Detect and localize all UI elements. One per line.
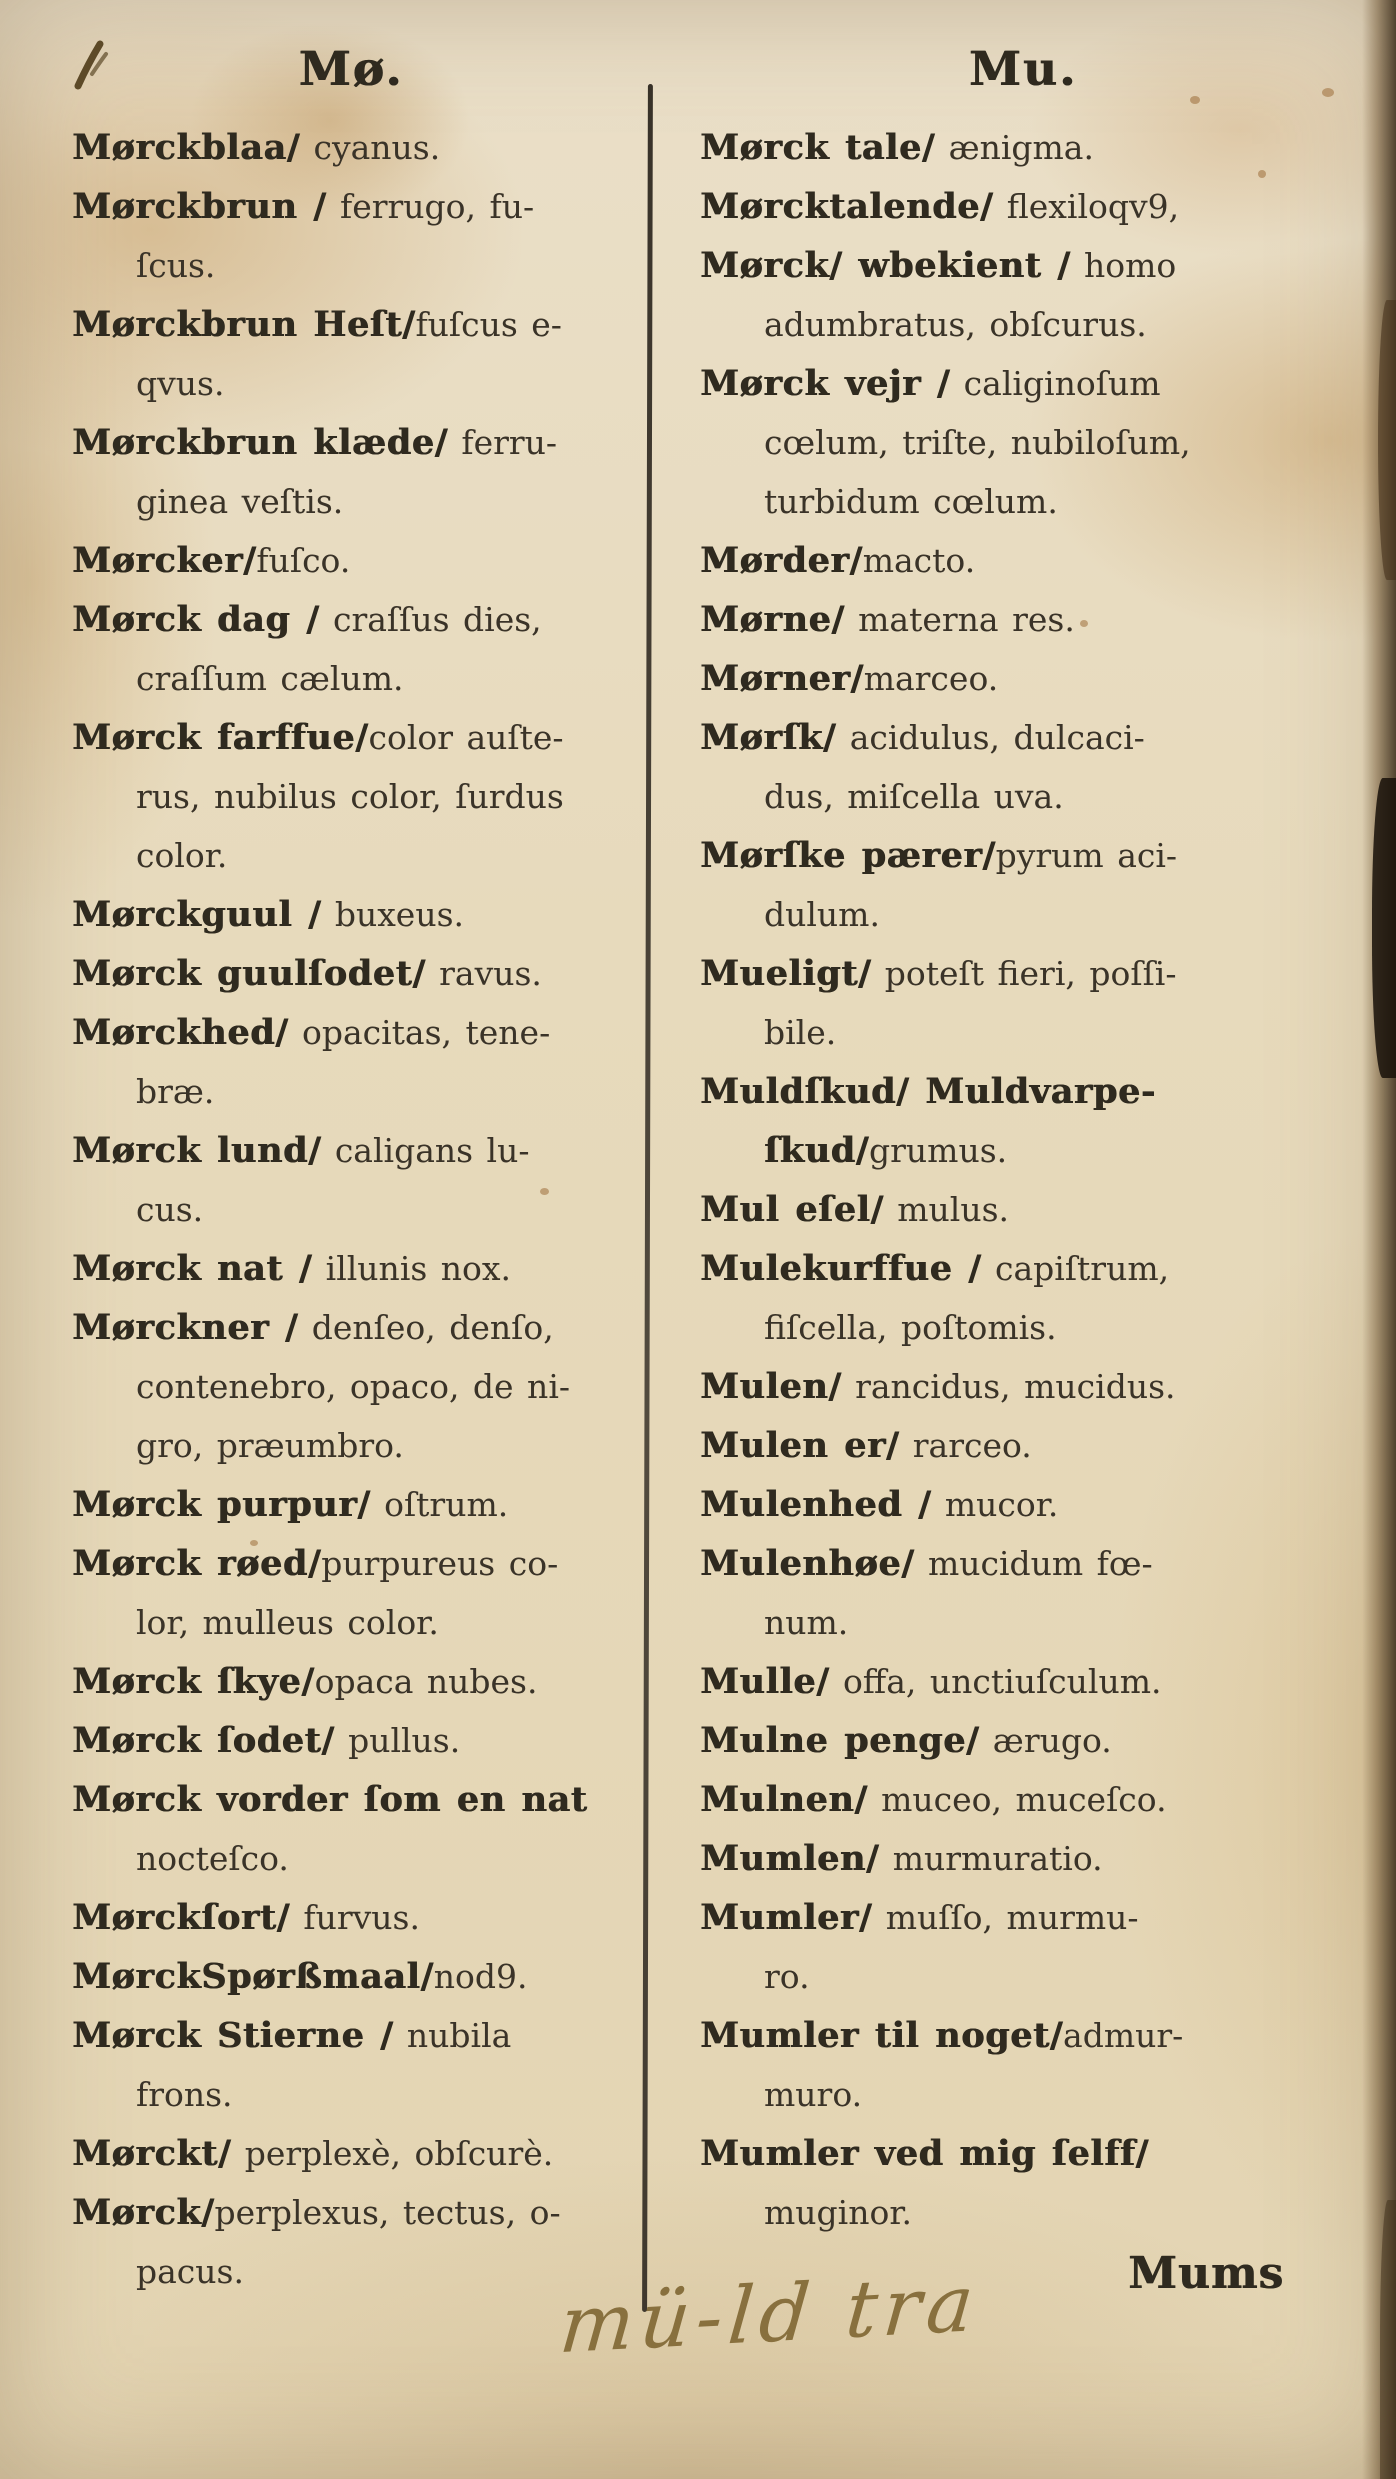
latin-gloss: mucor. <box>931 1485 1058 1524</box>
headword: Mulle <box>700 1661 816 1702</box>
dictionary-entry: Mørckbrun klæde/ ferru- ginea veſtis. <box>72 413 630 531</box>
latin-gloss: oſtrum. <box>371 1485 509 1524</box>
virgule-separator: / <box>980 186 993 227</box>
virgule-separator: / <box>1057 245 1070 286</box>
virgule-separator: / <box>308 894 321 935</box>
virgule-separator: / <box>287 127 300 168</box>
dictionary-entry: Mørck farffue/color auſte- rus, nubilus … <box>72 708 630 885</box>
headword: Mulnen <box>700 1779 854 1820</box>
latin-gloss: ænigma. <box>935 128 1094 167</box>
virgule-separator: / <box>275 1012 288 1053</box>
headword: Mørckbrun <box>72 186 313 227</box>
headword: Mueligt <box>700 953 858 994</box>
latin-gloss: illunis nox. <box>312 1249 511 1288</box>
latin-gloss: muginor. <box>764 2193 912 2232</box>
headword: Mørck purpur <box>72 1484 357 1525</box>
page-edge-dark-mark <box>1378 300 1396 580</box>
dictionary-entry: Mørſk/ acidulus, dulcaci- dus, miſcella … <box>700 708 1346 826</box>
dictionary-entry: Mørckblaa/ cyanus. <box>72 118 630 177</box>
virgule-separator: / <box>982 835 995 876</box>
virgule-separator: / <box>277 1897 290 1938</box>
dictionary-entry: Mumler ved mig ſelff/ muginor. <box>700 2124 1346 2242</box>
dictionary-entry: Mulnen/ muceo, muceſco. <box>700 1770 1346 1829</box>
dictionary-entry: Mørck dag / craſſus dies, craſſum cælum. <box>72 590 630 708</box>
dictionary-entry: Mørck/perplexus, tectus, o- pacus. <box>72 2183 630 2301</box>
dictionary-entry: Mul eſel/ mulus. <box>700 1180 1346 1239</box>
dictionary-entry: MørckSpørßmaal/nod9. <box>72 1947 630 2006</box>
virgule-separator: / <box>299 1248 312 1289</box>
virgule-separator: / <box>850 658 863 699</box>
headword: Mulen er <box>700 1425 886 1466</box>
dictionary-entry: Mørckſort/ furvus. <box>72 1888 630 1947</box>
latin-gloss: ravus. <box>426 954 542 993</box>
headword: Mørck vejr <box>700 363 937 404</box>
headword: Mørck ſodet <box>72 1720 321 1761</box>
page-edge-dark-mark <box>1372 778 1396 1078</box>
headword: Mumler til noget <box>700 2015 1050 2056</box>
dictionary-entry: Mulenhed / mucor. <box>700 1475 1346 1534</box>
latin-gloss: grumus. <box>869 1131 1007 1170</box>
headword: Mørſke pærer <box>700 835 982 876</box>
virgule-separator: / <box>301 1661 314 1702</box>
latin-gloss: perplexè, obſcurè. <box>231 2134 553 2173</box>
dictionary-entry: Mørck nat / illunis nox. <box>72 1239 630 1298</box>
headword: Mørckſort <box>72 1897 277 1938</box>
headword: Mørckblaa <box>72 127 287 168</box>
virgule-separator: / <box>922 127 935 168</box>
virgule-separator: / <box>858 953 871 994</box>
virgule-separator: / <box>886 1425 899 1466</box>
dictionary-entry: Mulenhøe/ mucidum fœ- num. <box>700 1534 1346 1652</box>
dictionary-entry: Mørckbrun Heſt/fuſcus e- qvus. <box>72 295 630 413</box>
headword: Mørck dag <box>72 599 306 640</box>
headword: Mørck ſkye <box>72 1661 301 1702</box>
latin-gloss: offa, unctiuſculum. <box>829 1662 1161 1701</box>
dictionary-entry: Mørder/macto. <box>700 531 1346 590</box>
headword: Mumler ved mig ſelff <box>700 2133 1135 2174</box>
dictionary-entry: Mørck ſkye/opaca nubes. <box>72 1652 630 1711</box>
right-column: Mu. Mørck tale/ ænigma.Mørcktalende/ fle… <box>700 42 1346 2242</box>
left-column: Mø. Mørckblaa/ cyanus.Mørckbrun / ferrug… <box>72 42 630 2301</box>
headword: Mørckguul <box>72 894 308 935</box>
latin-gloss: buxeus. <box>321 895 464 934</box>
virgule-separator: / <box>201 2192 214 2233</box>
virgule-separator: / <box>308 1543 321 1584</box>
virgule-separator: / <box>306 599 319 640</box>
right-column-header: Mu. <box>700 42 1346 116</box>
virgule-separator: / <box>1135 2133 1148 2174</box>
dictionary-entry: Mørck Stierne / nubila frons. <box>72 2006 630 2124</box>
virgule-separator: / <box>357 1484 370 1525</box>
virgule-separator: / <box>859 1897 872 1938</box>
latin-gloss: pullus. <box>335 1721 461 1760</box>
headword: Mørck Stierne <box>72 2015 380 2056</box>
headword: Mørner <box>700 658 850 699</box>
virgule-separator: / <box>918 1484 931 1525</box>
virgule-separator: / <box>968 1248 981 1289</box>
dictionary-entry: Muldſkud/ Muldvarpe- ſkud/grumus. <box>700 1062 1346 1180</box>
headword: Mørcktalende <box>700 186 980 227</box>
virgule-separator: / <box>435 422 448 463</box>
headword: Mulenhøe <box>700 1543 901 1584</box>
virgule-separator: / <box>823 717 836 758</box>
dictionary-entry: Mørck vejr / caliginoſum cœlum, triſte, … <box>700 354 1346 531</box>
dictionary-entry: Mulen er/ rarceo. <box>700 1416 1346 1475</box>
headword: Mørckbrun Heſt <box>72 304 402 345</box>
headword: Mumler <box>700 1897 859 1938</box>
virgule-separator: / <box>831 599 844 640</box>
dictionary-entry: Mulle/ offa, unctiuſculum. <box>700 1652 1346 1711</box>
headword: Mørckbrun klæde <box>72 422 435 463</box>
latin-gloss: marceo. <box>864 659 999 698</box>
dictionary-entry: Mumlen/ murmuratio. <box>700 1829 1346 1888</box>
dictionary-entry: Mulne penge/ ærugo. <box>700 1711 1346 1770</box>
latin-gloss: nocteſco. <box>136 1839 289 1878</box>
virgule-separator: / <box>308 1130 321 1171</box>
dictionary-entry: Mumler/ muſſo, murmu- ro. <box>700 1888 1346 2006</box>
headword: Mørck farffue <box>72 717 355 758</box>
virgule-separator: / <box>901 1543 914 1584</box>
virgule-separator: / <box>937 363 950 404</box>
headword: Mørck guulſodet <box>72 953 412 994</box>
latin-gloss: ærugo. <box>979 1721 1111 1760</box>
headword: Mul eſel <box>700 1189 870 1230</box>
headword: MørckSpørßmaal <box>72 1956 420 1997</box>
headword: Mørckner <box>72 1307 285 1348</box>
headword: Mørder <box>700 540 849 581</box>
dictionary-entry: Mørcktalende/ flexiloqv9, <box>700 177 1346 236</box>
headword: Mørcker <box>72 540 243 581</box>
headword: Mørck/ wbekient <box>700 245 1057 286</box>
virgule-separator: / <box>321 1720 334 1761</box>
dictionary-entry: Mørck tale/ ænigma. <box>700 118 1346 177</box>
virgule-separator: / <box>313 186 326 227</box>
dictionary-entry: Mørck/ wbekient / homo adumbratus, obſcu… <box>700 236 1346 354</box>
headword: Mulenhed <box>700 1484 918 1525</box>
virgule-separator: / <box>828 1366 841 1407</box>
dictionary-entry: Mørck ſodet/ pullus. <box>72 1711 630 1770</box>
virgule-separator: / <box>856 1130 869 1171</box>
dictionary-entry: Mueligt/ poteſt fieri, poſſi- bile. <box>700 944 1346 1062</box>
virgule-separator: / <box>380 2015 393 2056</box>
dictionary-entry: Mulekurffue / capiſtrum, fiſcella, poſto… <box>700 1239 1346 1357</box>
headword: Mulekurffue <box>700 1248 968 1289</box>
dictionary-entry: Mørck vorder ſom en nat nocteſco. <box>72 1770 630 1888</box>
virgule-separator: / <box>402 304 415 345</box>
dictionary-entry: Mørckner / denſeo, denſo, contenebro, op… <box>72 1298 630 1475</box>
virgule-separator: / <box>355 717 368 758</box>
headword: Mørne <box>700 599 831 640</box>
virgule-separator: / <box>420 1956 433 1997</box>
dictionary-entry: Mørner/marceo. <box>700 649 1346 708</box>
virgule-separator: / <box>849 540 862 581</box>
dictionary-entry: Mørck lund/ caligans lu- cus. <box>72 1121 630 1239</box>
headword: Mørck vorder ſom en nat <box>72 1779 587 1820</box>
virgule-separator: / <box>1050 2015 1063 2056</box>
dictionary-entry: Mørck guulſodet/ ravus. <box>72 944 630 1003</box>
latin-gloss: opaca nubes. <box>315 1662 538 1701</box>
column-divider-rule <box>642 84 653 2312</box>
headword: Mørckt <box>72 2133 218 2174</box>
headword: Mumlen <box>700 1838 866 1879</box>
latin-gloss: rarceo. <box>899 1426 1032 1465</box>
latin-gloss: cyanus. <box>300 128 440 167</box>
virgule-separator: / <box>285 1307 298 1348</box>
latin-gloss: rancidus, mucidus. <box>842 1367 1176 1406</box>
latin-gloss: furvus. <box>290 1898 420 1937</box>
headword: Mørck lund <box>72 1130 308 1171</box>
book-page: Mø. Mørckblaa/ cyanus.Mørckbrun / ferrug… <box>0 0 1396 2479</box>
headword: Mørſk <box>700 717 823 758</box>
headword: Mørckhed <box>72 1012 275 1053</box>
latin-gloss: muceo, muceſco. <box>868 1780 1167 1819</box>
latin-gloss: flexiloqv9, <box>993 187 1179 226</box>
virgule-separator: / <box>218 2133 231 2174</box>
latin-gloss: mulus. <box>884 1190 1009 1229</box>
headword: Mørck <box>72 2192 201 2233</box>
dictionary-entry: Mørcker/fuſco. <box>72 531 630 590</box>
latin-gloss: materna res. <box>845 600 1075 639</box>
latin-gloss: fuſco. <box>256 541 350 580</box>
headword: Mørck nat <box>72 1248 299 1289</box>
virgule-separator: / <box>870 1189 883 1230</box>
dictionary-entry: Mørckt/ perplexè, obſcurè. <box>72 2124 630 2183</box>
dictionary-entry: Mørckbrun / ferrugo, fu- ſcus. <box>72 177 630 295</box>
left-column-entries: Mørckblaa/ cyanus.Mørckbrun / ferrugo, f… <box>72 118 630 2301</box>
virgule-separator: / <box>866 1838 879 1879</box>
latin-gloss: macto. <box>863 541 976 580</box>
dictionary-entry: Mørckguul / buxeus. <box>72 885 630 944</box>
catchword: Mums <box>1128 2248 1284 2299</box>
page-edge-dark-mark <box>1380 2200 1396 2479</box>
latin-gloss: nod9. <box>434 1957 528 1996</box>
headword: Mørck røed <box>72 1543 308 1584</box>
dictionary-entry: Mørck røed/purpureus co- lor, mulleus co… <box>72 1534 630 1652</box>
virgule-separator: / <box>412 953 425 994</box>
dictionary-entry: Mumler til noget/admur- muro. <box>700 2006 1346 2124</box>
dictionary-entry: Mulen/ rancidus, mucidus. <box>700 1357 1346 1416</box>
right-column-entries: Mørck tale/ ænigma.Mørcktalende/ flexilo… <box>700 118 1346 2242</box>
virgule-separator: / <box>854 1779 867 1820</box>
headword: Mørck tale <box>700 127 922 168</box>
virgule-separator: / <box>816 1661 829 1702</box>
virgule-separator: / <box>243 540 256 581</box>
dictionary-entry: Mørckhed/ opacitas, tene- bræ. <box>72 1003 630 1121</box>
headword: Mulen <box>700 1366 828 1407</box>
dictionary-entry: Mørſke pærer/pyrum aci- dulum. <box>700 826 1346 944</box>
left-column-header: Mø. <box>72 42 630 116</box>
latin-gloss: murmuratio. <box>879 1839 1102 1878</box>
dictionary-entry: Mørne/ materna res. <box>700 590 1346 649</box>
dictionary-entry: Mørck purpur/ oſtrum. <box>72 1475 630 1534</box>
virgule-separator: / <box>966 1720 979 1761</box>
headword: Mulne penge <box>700 1720 966 1761</box>
